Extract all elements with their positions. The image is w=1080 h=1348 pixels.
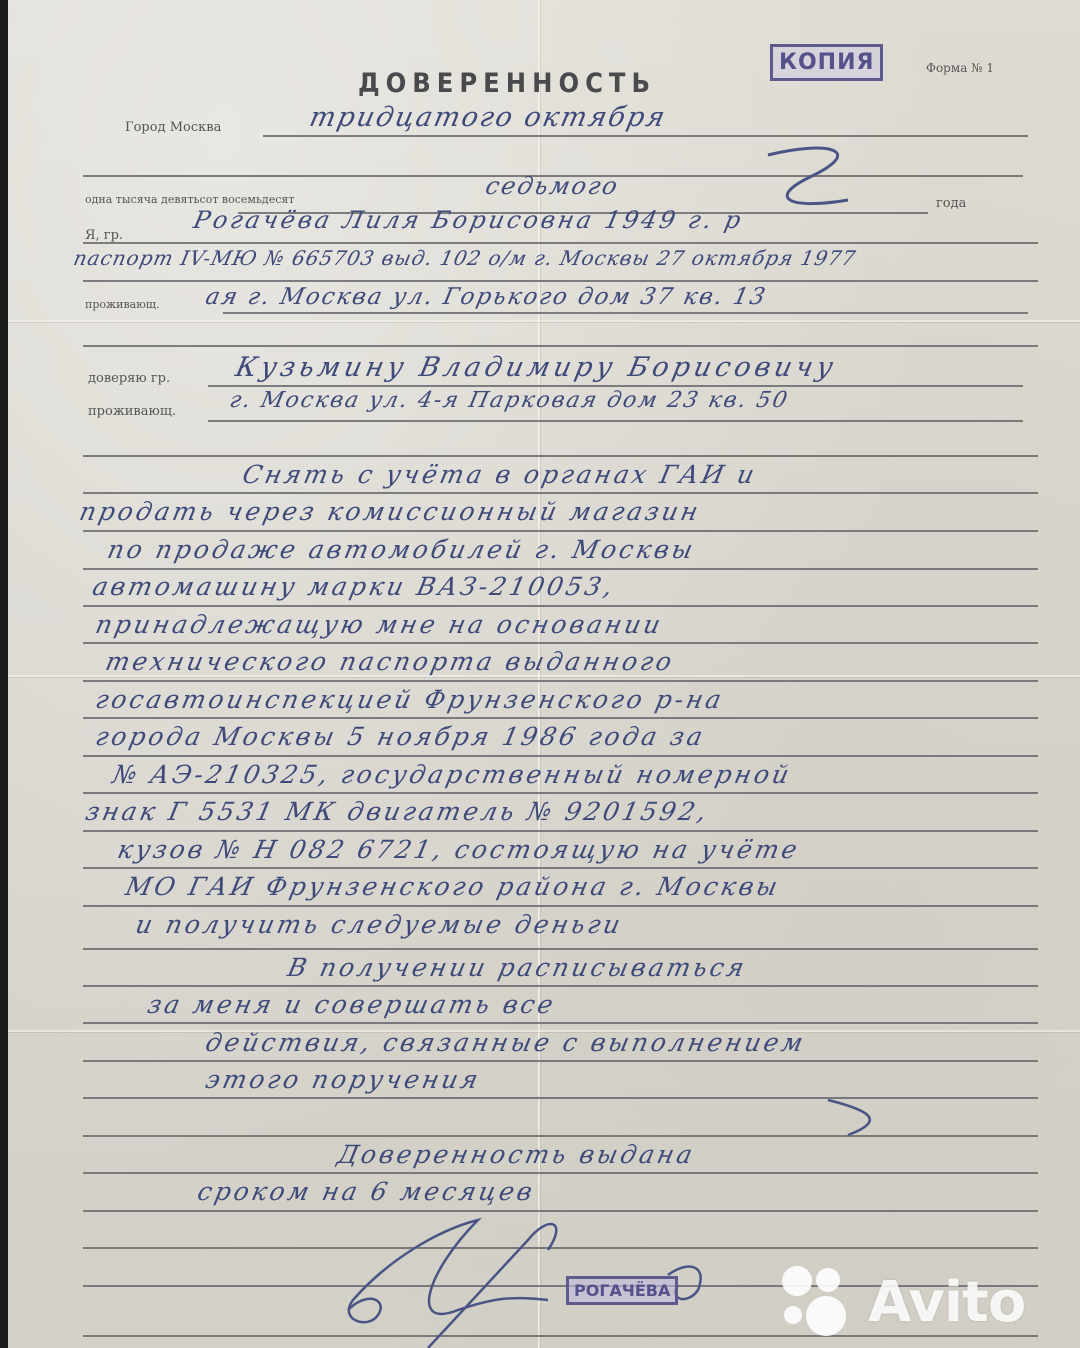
signature-scrawl [8, 0, 1080, 1348]
avito-watermark: Avito [780, 1262, 1025, 1342]
avito-logo-icon [780, 1262, 860, 1342]
document-page: ДОВЕРЕННОСТЬ КОПИЯ Форма № 1 Город Москв… [8, 0, 1080, 1348]
signature-stamp: РОГАЧЁВА [566, 1276, 678, 1305]
avito-watermark-text: Avito [868, 1270, 1025, 1335]
